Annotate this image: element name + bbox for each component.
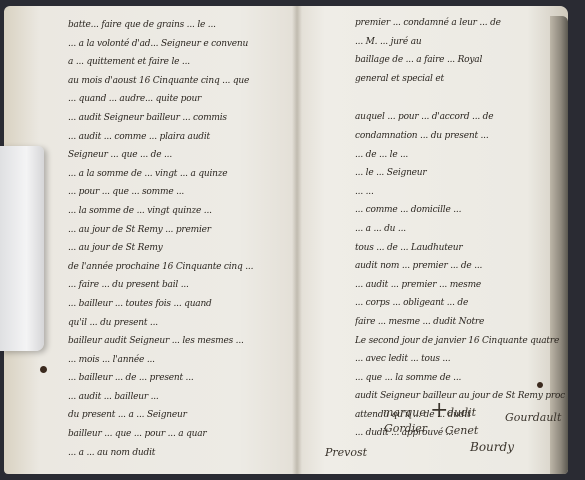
- text-line: ... a la somme de ... vingt ... a quinze: [68, 165, 282, 184]
- text-line: ... audit ... bailleur ...: [68, 388, 282, 407]
- text-line: ... a ... du ...: [355, 220, 565, 239]
- text-line: audit Seigneur bailleur au jour de St Re…: [355, 387, 565, 406]
- text-line: bailleur audit Seigneur ... les mesmes .…: [68, 332, 282, 351]
- text-line: ... corps ... obligeant ... de: [355, 294, 565, 313]
- signature-mark-of: dudit: [447, 406, 476, 419]
- text-line: tous ... de ... Laudhuteur: [355, 239, 565, 258]
- text-line: ... a ... au nom dudit: [68, 444, 282, 463]
- left-page-text: batte... faire que de grains ... le ... …: [68, 16, 282, 462]
- text-line: ... a la volonté d'ad... Seigneur e conv…: [68, 35, 282, 54]
- text-line: ... audit Seigneur bailleur ... commis: [68, 109, 282, 128]
- signature: Genet: [445, 424, 478, 437]
- text-line: ... avec ledit ... tous ...: [355, 350, 565, 369]
- text-line: ... audit ... comme ... plaira audit: [68, 128, 282, 147]
- text-line: bailleur ... que ... pour ... a quar: [68, 425, 282, 444]
- text-line: ... quand ... audre... quite pour: [68, 90, 282, 109]
- text-line: ... bailleur ... toutes fois ... quand: [68, 295, 282, 314]
- text-line: ... M. ... juré au: [355, 33, 565, 52]
- text-line: condamnation ... du present ...: [355, 127, 565, 146]
- text-line: baillage de ... a faire ... Royal: [355, 51, 565, 70]
- signature-mark-label: marque: [383, 406, 426, 419]
- text-line: de l'année prochaine 16 Cinquante cinq .…: [68, 258, 282, 277]
- text-line: ... la somme de ... vingt quinze ...: [68, 202, 282, 221]
- signature: Gordier: [384, 422, 427, 435]
- paper-tab: [0, 146, 44, 351]
- text-line: ... bailleur ... de ... present ...: [68, 369, 282, 388]
- text-line: premier ... condamné a leur ... de: [355, 14, 565, 33]
- text-line: ... le ... Seigneur: [355, 164, 565, 183]
- text-line: ... que ... la somme de ...: [355, 369, 565, 388]
- text-line: auquel ... pour ... d'accord ... de: [355, 108, 565, 127]
- text-line: Le second jour de janvier 16 Cinquante q…: [355, 332, 565, 351]
- text-line: ... pour ... que ... somme ...: [68, 183, 282, 202]
- right-page-text: premier ... condamné a leur ... de ... M…: [355, 14, 565, 443]
- text-line: ... de ... le ...: [355, 146, 565, 165]
- text-line: au mois d'aoust 16 Cinquante cinq ... qu…: [68, 72, 282, 91]
- text-line: faire ... mesme ... dudit Notre: [355, 313, 565, 332]
- text-line: batte... faire que de grains ... le ...: [68, 16, 282, 35]
- text-line: general et special et: [355, 70, 565, 89]
- text-line: a ... quittement et faire le ...: [68, 53, 282, 72]
- text-line: audit nom ... premier ... de ...: [355, 257, 565, 276]
- book-gutter: [292, 6, 302, 474]
- text-line: ... audit ... premier ... mesme: [355, 276, 565, 295]
- text-line: ... comme ... domicille ...: [355, 201, 565, 220]
- signature: Bourdy: [470, 440, 514, 454]
- signature: Prevost: [325, 446, 367, 459]
- text-line: ... ...: [355, 183, 565, 202]
- text-line: qu'il ... du present ...: [68, 314, 282, 333]
- text-line: ... faire ... du present bail ...: [68, 276, 282, 295]
- text-line: ... mois ... l'année ...: [68, 351, 282, 370]
- cross-mark-icon: +: [430, 398, 448, 423]
- text-line: du present ... a ... Seigneur: [68, 406, 282, 425]
- manuscript-spread: batte... faire que de grains ... le ... …: [0, 6, 585, 476]
- ink-blot: [40, 366, 47, 373]
- text-line: ... au jour de St Remy: [68, 239, 282, 258]
- text-line: Seigneur ... que ... de ...: [68, 146, 282, 165]
- text-line: ... au jour de St Remy ... premier: [68, 221, 282, 240]
- signature: Gourdault: [505, 411, 561, 424]
